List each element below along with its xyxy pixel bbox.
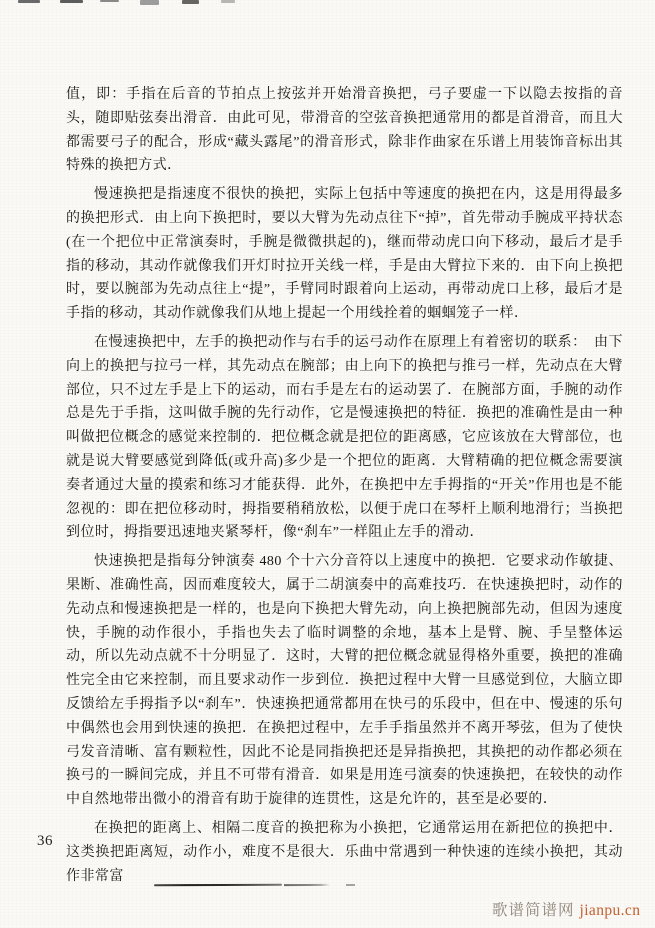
paragraph-continuation: 值，即：手指在后音的节拍点上按弦并开始滑音换把，弓子要虚一下以隐去按指的音头，随… bbox=[66, 83, 623, 178]
watermark-site-name: 歌谱简谱网 bbox=[492, 902, 575, 919]
scan-smudge-line-tail bbox=[284, 884, 330, 886]
scan-artifact-dash bbox=[60, 0, 83, 3]
scan-artifact-dash bbox=[221, 0, 235, 3]
paragraph-small-shift: 在换把的距离上、相隔二度音的换把称为小换把，它通常运用在新把位的换把中．这类换把… bbox=[66, 817, 623, 888]
scanned-book-page: 值，即：手指在后音的节拍点上按弦并开始滑音换把，弓子要虚一下以隐去按指的音头，随… bbox=[0, 0, 655, 928]
watermark-url: jianpu.cn bbox=[580, 902, 641, 919]
page-text-block: 值，即：手指在后音的节拍点上按弦并开始滑音换把，弓子要虚一下以隐去按指的音头，随… bbox=[66, 83, 623, 893]
scan-artifact-dash bbox=[18, 0, 40, 3]
scan-artifact-dash bbox=[100, 0, 119, 2]
scan-smudge-dot bbox=[346, 884, 355, 886]
paragraph-slow-shift: 慢速换把是指速度不很快的换把，实际上包括中等速度的换把在内，这是用得最多的换把形… bbox=[66, 183, 623, 326]
watermark: 歌谱简谱网jianpu.cn bbox=[492, 898, 640, 920]
paragraph-slow-shift-coordination: 在慢速换把中，左手的换把动作与右手的运弓动作在原理上有着密切的联系： 由下向上的… bbox=[66, 331, 623, 545]
paragraph-fast-shift: 快速换把是指每分钟演奏 480 个十六分音符以上速度中的换把．它要求动作敏捷、果… bbox=[66, 550, 623, 812]
scan-artifact-dash bbox=[182, 0, 199, 4]
scan-artifact-dash bbox=[140, 0, 159, 5]
page-number: 36 bbox=[37, 833, 53, 850]
